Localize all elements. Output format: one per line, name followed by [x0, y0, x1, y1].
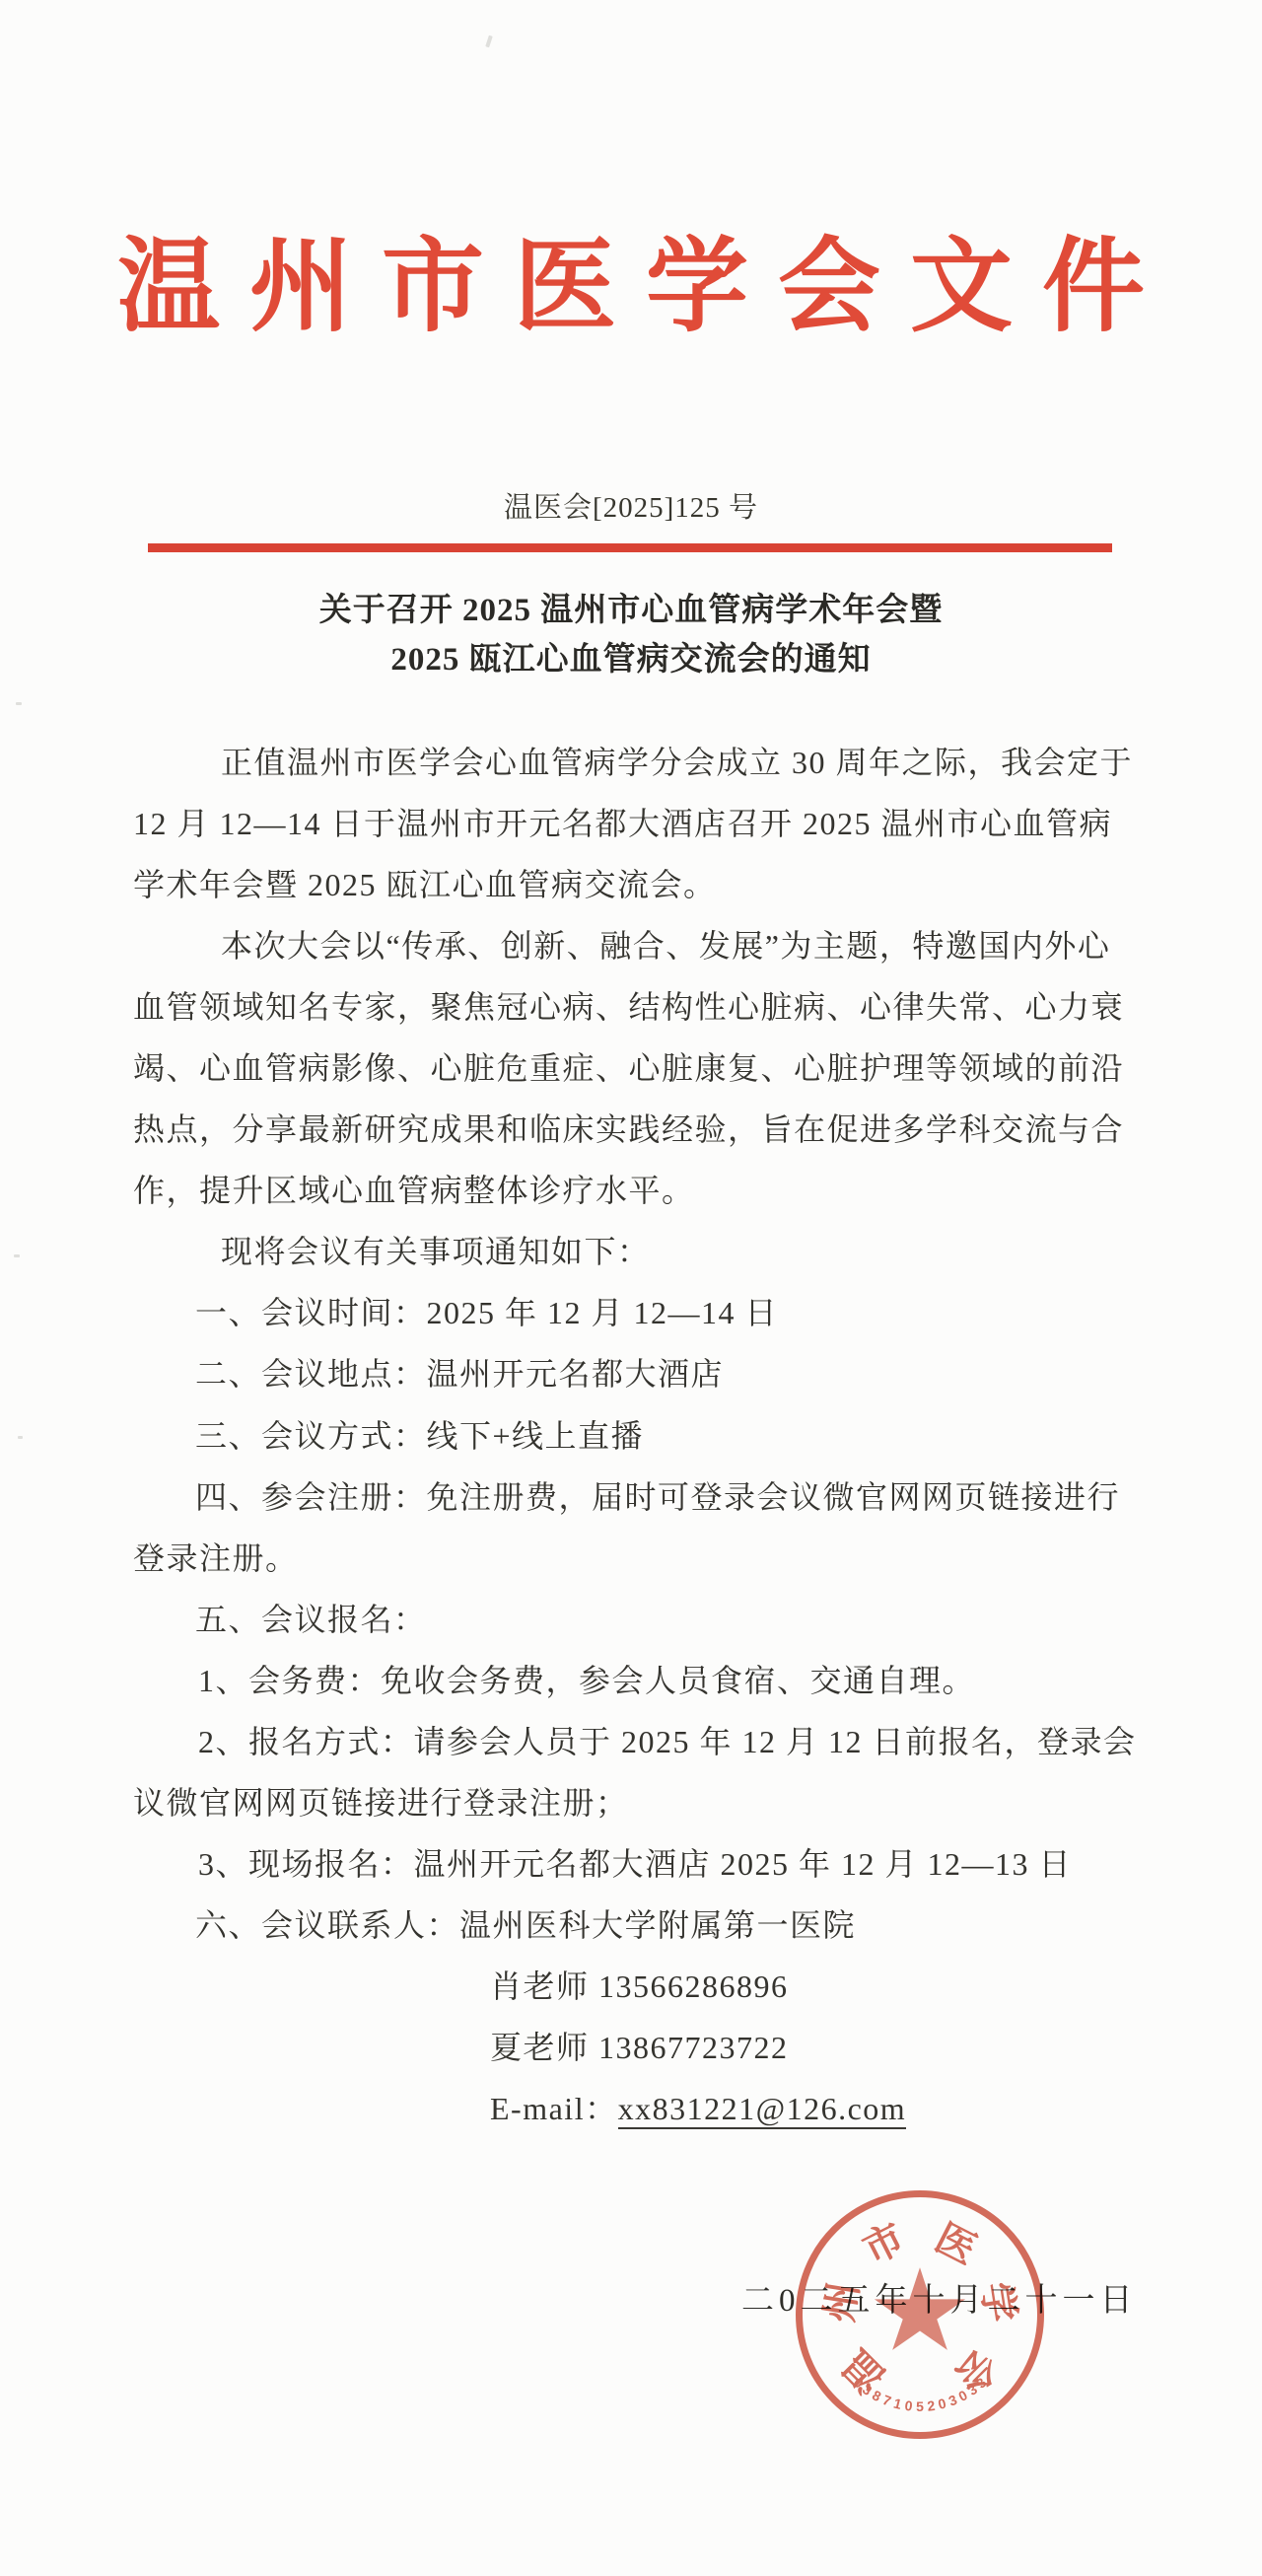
stamp-digit: 5: [914, 2398, 926, 2414]
stamp-char: 医: [927, 2215, 985, 2273]
letterhead-org-title: 温州市医学会文件: [0, 229, 1262, 347]
body-line: 12 月 12—14 日于温州市开元名都大酒店召开 2025 温州市心血管病: [133, 804, 1112, 843]
body-line: 正值温州市医学会心血管病学分会成立 30 周年之际，我会定于: [221, 743, 1133, 782]
scan-speck: [18, 1436, 23, 1439]
body-line: 议微官网网页链接进行登录注册；: [133, 1783, 629, 1823]
official-seal-stamp: 温 州 市 医 学 会 3 3 0 3 0 2 5 0 1 7 8 3 0: [796, 2190, 1044, 2439]
contact-phone-line: 肖老师 13566286896: [490, 1967, 789, 2006]
subject-title-line2: 2025 瓯江心血管病交流会的通知: [0, 639, 1262, 680]
body-line: 血管领域知名专家，聚焦冠心病、结构性心脏病、心律失常、心力衰: [133, 987, 1124, 1027]
email-address: xx831221@126.com: [618, 2091, 907, 2129]
body-line: 本次大会以“传承、创新、融合、发展”为主题，特邀国内外心: [221, 926, 1110, 966]
letterhead-rule: [148, 543, 1112, 552]
contact-phone-line: 夏老师 13867723722: [490, 2028, 789, 2067]
sublist-item-onsite-signup: 3、现场报名：温州开元名都大酒店 2025 年 12 月 12—13 日: [198, 1844, 1072, 1884]
list-item-meeting-time: 一、会议时间：2025 年 12 月 12—14 日: [195, 1293, 778, 1332]
subject-title-line1: 关于召开 2025 温州市心血管病学术年会暨: [0, 590, 1262, 631]
stamp-digit: 2: [924, 2397, 938, 2414]
list-item-signup: 五、会议报名：: [195, 1600, 427, 1639]
sublist-item-fee: 1、会务费：免收会务费，参会人员食宿、交通自理。: [198, 1661, 975, 1700]
body-line: 登录注册。: [133, 1538, 299, 1578]
list-item-contacts: 六、会议联系人：温州医科大学附属第一医院: [195, 1905, 856, 1945]
document-number: 温医会[2025]125 号: [0, 489, 1262, 527]
list-item-meeting-place: 二、会议地点：温州开元名都大酒店: [195, 1354, 724, 1394]
body-line: 现将会议有关事项通知如下：: [221, 1232, 651, 1271]
list-item-meeting-mode: 三、会议方式：线下+线上直播: [195, 1416, 644, 1456]
scan-speck: [16, 702, 22, 705]
body-line: 学术年会暨 2025 瓯江心血管病交流会。: [133, 865, 717, 904]
stamp-char: 学: [973, 2277, 1022, 2326]
stamp-char: 市: [855, 2215, 913, 2273]
contact-email-line: E-mail：xx831221@126.com: [490, 2089, 906, 2128]
scan-speck: [14, 1254, 20, 1257]
star-icon: [873, 2267, 967, 2358]
email-label: E-mail：: [490, 2091, 618, 2126]
scan-speck: [485, 36, 493, 48]
stamp-char: 州: [817, 2277, 867, 2326]
body-line: 竭、心血管病影像、心脏危重症、心脏康复、心脏护理等领域的前沿: [133, 1048, 1124, 1088]
body-line: 热点，分享最新研究成果和临床实践经验，旨在促进多学科交流与合: [133, 1109, 1124, 1149]
sublist-item-signup-method: 2、报名方式：请参会人员于 2025 年 12 月 12 日前报名，登录会: [198, 1722, 1137, 1761]
body-line: 作，提升区域心血管病整体诊疗水平。: [133, 1171, 695, 1210]
list-item-registration: 四、参会注册：免注册费，届时可登录会议微官网网页链接进行: [195, 1477, 1120, 1517]
